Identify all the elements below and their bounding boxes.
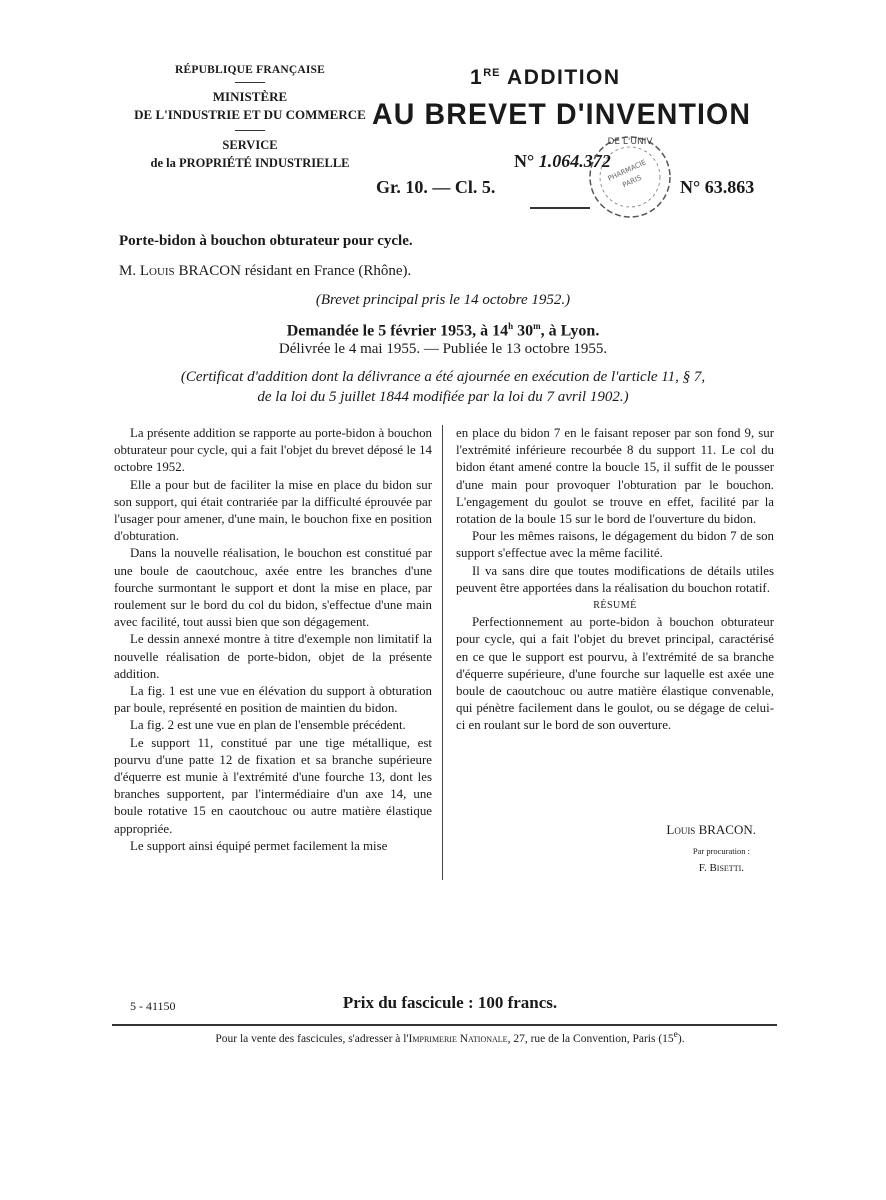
svg-text:DE L'UNIV: DE L'UNIV	[607, 137, 653, 147]
right-column: en place du bidon 7 en le faisant repose…	[456, 425, 774, 735]
demandee-minutes: 30	[513, 322, 533, 339]
minute-sup: m	[533, 321, 541, 331]
ministry-header: RÉPUBLIQUE FRANÇAISE MINISTÈRE DE L'INDU…	[120, 60, 380, 172]
paragraph: Elle a pour but de faciliter la mise en …	[114, 477, 432, 546]
printer-name: Imprimerie Nationale	[409, 1033, 508, 1045]
application-date: Demandée le 5 février 1953, à 14h 30m, à…	[0, 321, 886, 340]
paragraph: La fig. 2 est une vue en plan de l'ensem…	[114, 717, 432, 734]
addition-suffix: RE	[483, 67, 500, 79]
addition-no-label: N°	[680, 177, 700, 197]
brevet-number-label: N°	[514, 151, 534, 171]
document-title: AU BREVET D'INVENTION	[372, 98, 751, 132]
addition-word: ADDITION	[507, 66, 621, 89]
proxy-name: F. Bisetti.	[456, 862, 744, 874]
delivery-date: Délivrée le 4 mai 1955. — Publiée le 13 …	[0, 341, 886, 358]
header-rule	[530, 207, 590, 209]
left-column: La présente addition se rapporte au port…	[114, 425, 432, 855]
sales-address: , 27, rue de la Convention, Paris (15	[508, 1033, 674, 1045]
applicant: M. Louis BRACON résidant en France (Rhôn…	[119, 263, 411, 280]
addition-number-ref: N° 63.863	[680, 177, 754, 198]
patent-title: Porte-bidon à bouchon obturateur pour cy…	[119, 233, 413, 250]
demandee-place: , à Lyon.	[541, 322, 600, 339]
divider	[235, 82, 265, 83]
paragraph: Dans la nouvelle réalisation, le bouchon…	[114, 545, 432, 631]
demandee-text: Demandée le 5 février 1953, à 14	[287, 322, 508, 339]
resume-paragraph: Perfectionnement au porte-bidon à boucho…	[456, 614, 774, 734]
republic-label: RÉPUBLIQUE FRANÇAISE	[120, 64, 380, 76]
group-class: Gr. 10. — Cl. 5.	[376, 177, 495, 198]
footer-rule	[112, 1024, 777, 1026]
addition-number: 1	[470, 66, 483, 89]
sales-prefix: Pour la vente des fascicules, s'adresser…	[215, 1033, 408, 1045]
signature-name: Louis BRACON.	[456, 822, 756, 838]
divider	[235, 130, 265, 131]
certificate-line-1: (Certificat d'addition dont la délivranc…	[0, 368, 886, 388]
paragraph: en place du bidon 7 en le faisant repose…	[456, 425, 774, 528]
addition-heading: 1RE ADDITION	[470, 66, 621, 90]
paragraph: Le dessin annexé montre à titre d'exempl…	[114, 631, 432, 683]
proxy-label: Par procuration :	[456, 846, 750, 856]
paragraph: Le support ainsi équipé permet facilemen…	[114, 838, 432, 855]
price: Prix du fascicule : 100 francs.	[0, 993, 886, 1013]
column-divider	[442, 425, 443, 880]
paragraph: La présente addition se rapporte au port…	[114, 425, 432, 477]
paragraph: Le support 11, constitué par une tige mé…	[114, 735, 432, 838]
paragraph: Pour les mêmes raisons, le dégagement du…	[456, 528, 774, 562]
paragraph: Il va sans dire que toutes modifications…	[456, 563, 774, 597]
sales-note: Pour la vente des fascicules, s'adresser…	[0, 1029, 886, 1045]
service-line-1: SERVICE	[120, 136, 380, 154]
applicant-prefix: M.	[119, 263, 140, 279]
certificate-note: (Certificat d'addition dont la délivranc…	[0, 368, 886, 407]
library-stamp-icon: PHARMACIE PARIS DE L'UNIV	[585, 132, 675, 222]
paragraph: La fig. 1 est une vue en élévation du su…	[114, 683, 432, 717]
ministry-line-1: MINISTÈRE	[120, 88, 380, 106]
ministry-line-2: DE L'INDUSTRIE ET DU COMMERCE	[120, 106, 380, 124]
service-line-2: de la PROPRIÉTÉ INDUSTRIELLE	[120, 154, 380, 172]
resume-heading: RÉSUMÉ	[456, 597, 774, 614]
addition-no-value: 63.863	[705, 177, 755, 197]
applicant-rest: BRACON résidant en France (Rhône).	[175, 263, 412, 279]
applicant-first-name: Louis	[140, 263, 175, 279]
certificate-line-2: de la loi du 5 juillet 1844 modifiée par…	[0, 388, 886, 408]
sales-end: ).	[678, 1033, 685, 1045]
brevet-principal: (Brevet principal pris le 14 octobre 195…	[0, 292, 886, 309]
